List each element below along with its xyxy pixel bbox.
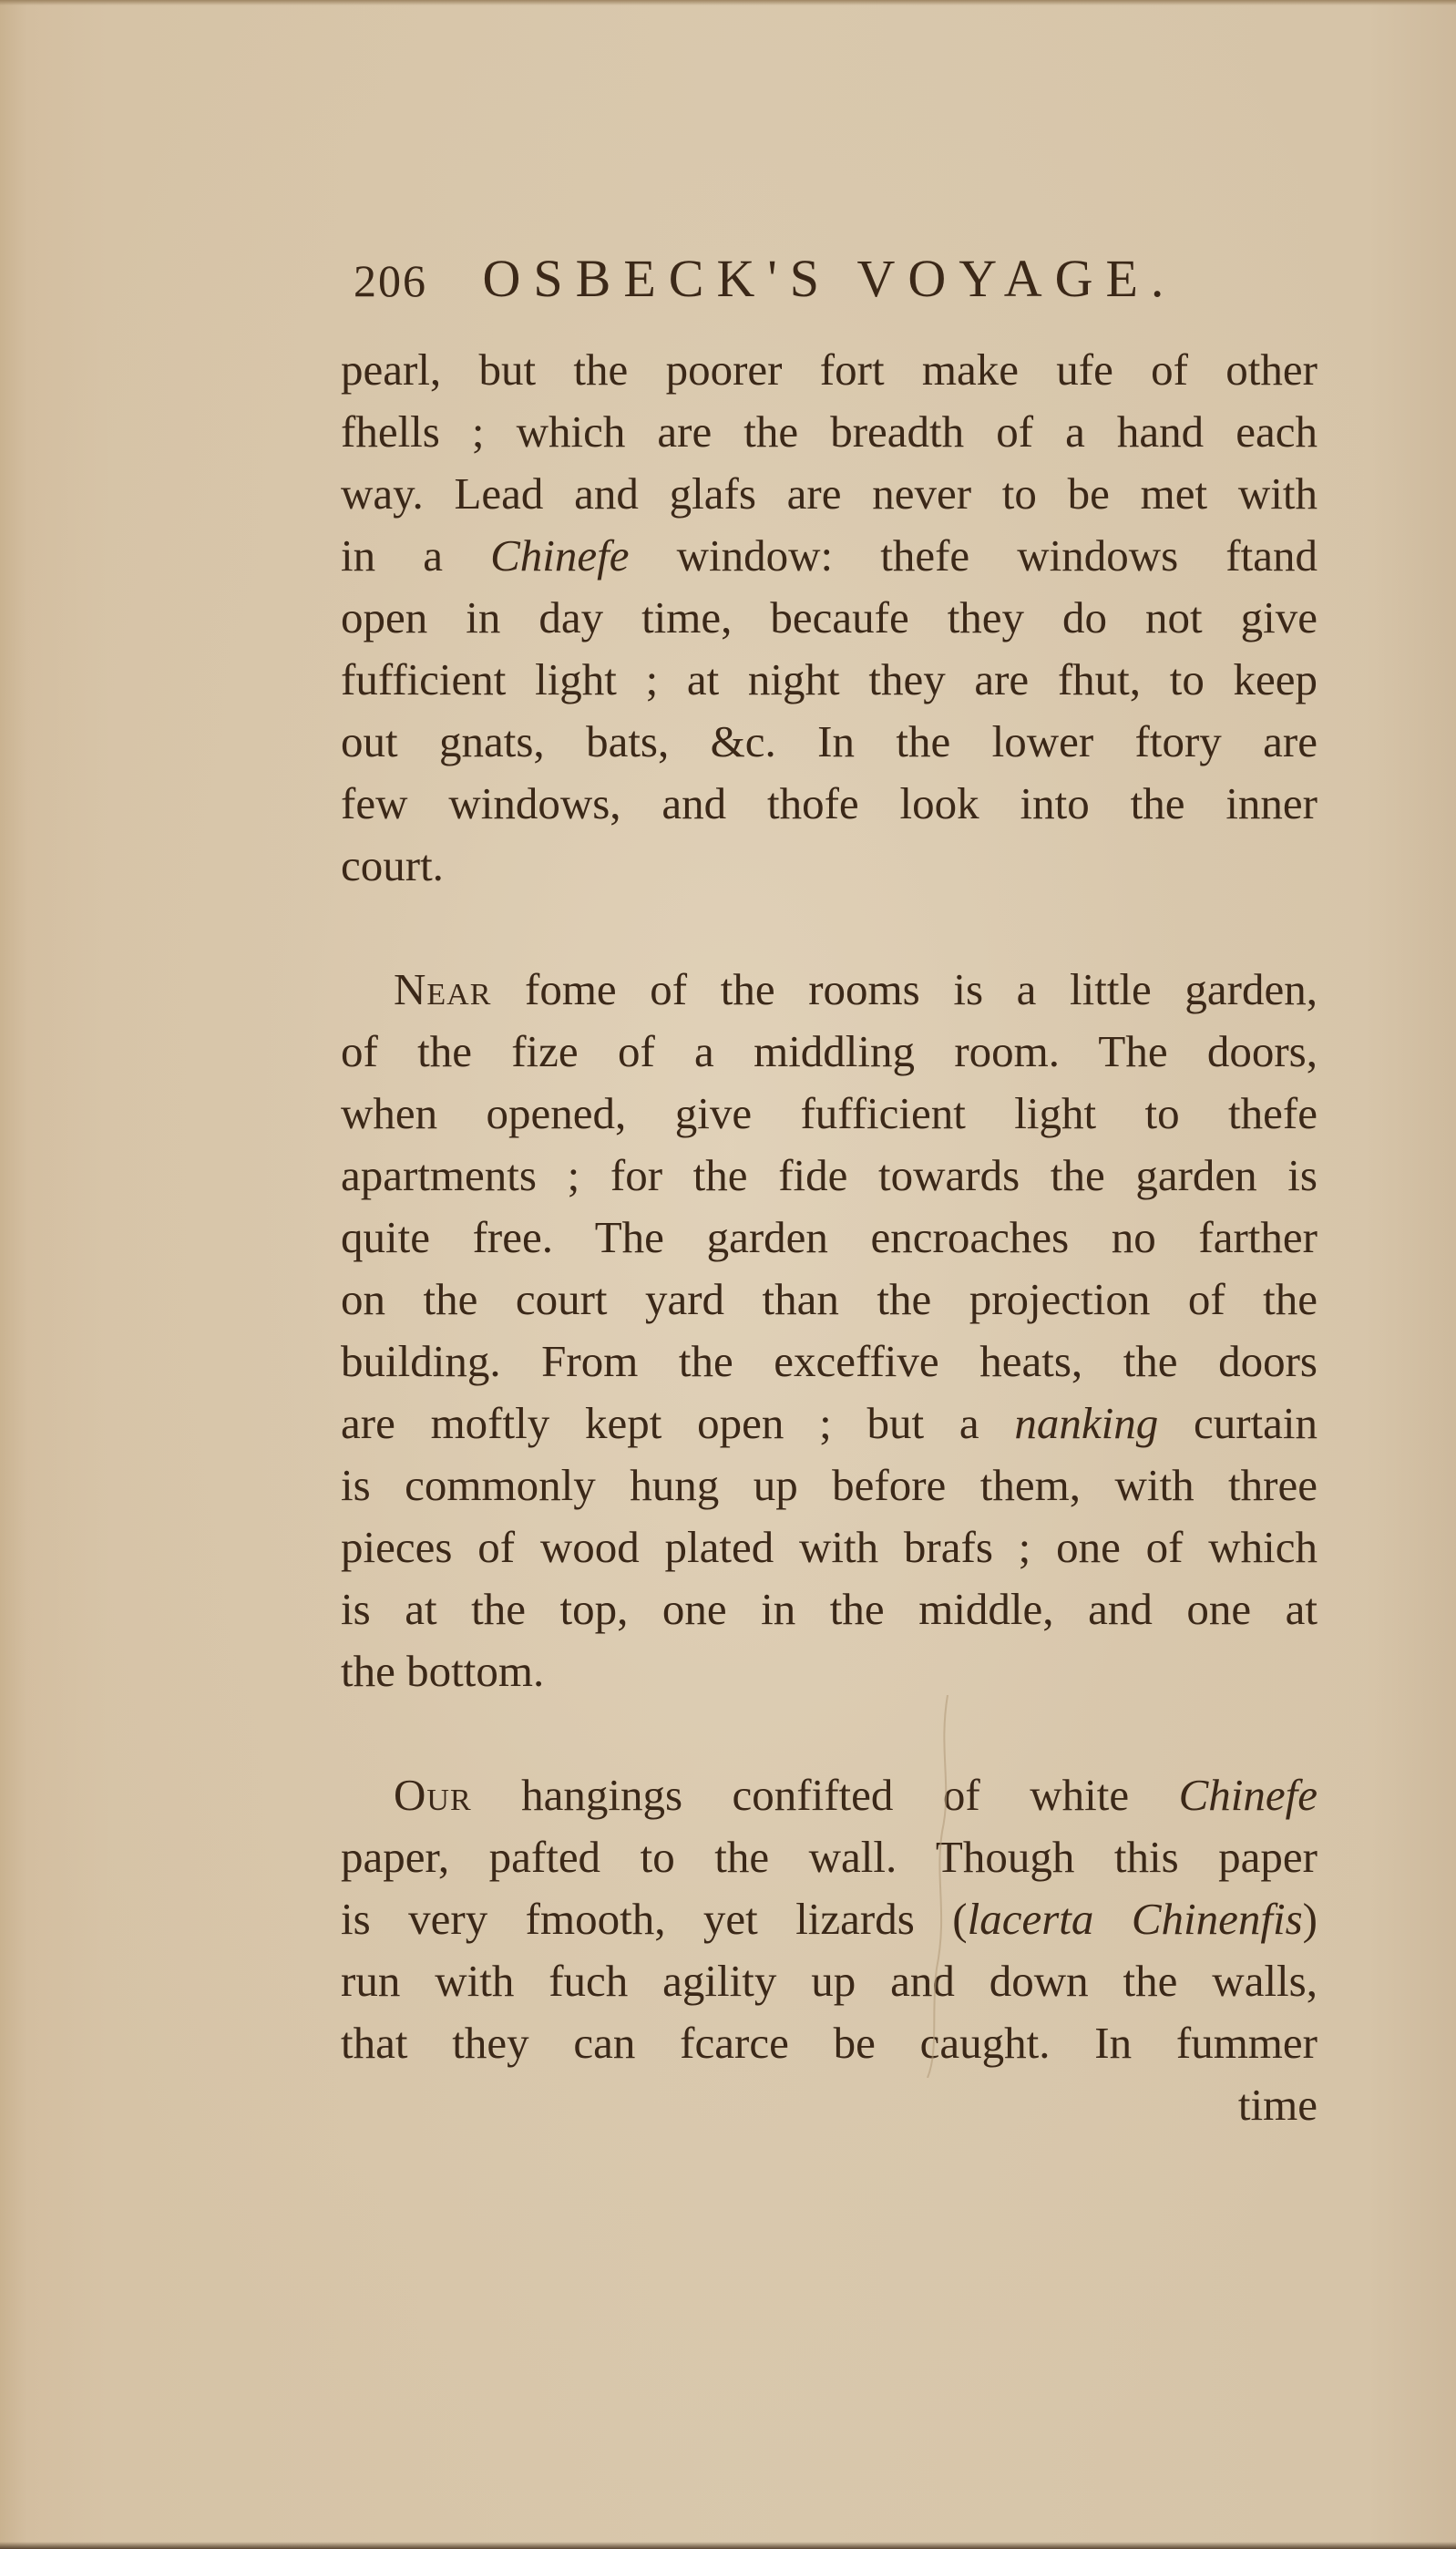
text-line: that they can fcarce be caught. In fumme… — [341, 2012, 1318, 2074]
page-bottom-edge — [0, 2542, 1456, 2549]
text-line: is very fmooth, yet lizards (lacerta Chi… — [341, 1888, 1318, 1950]
text-line: apartments ; for the fide towards the ga… — [341, 1145, 1318, 1207]
text-line: is commonly hung up before them, with th… — [341, 1454, 1318, 1516]
text-line: few windows, and thofe look into the inn… — [341, 773, 1318, 835]
italic-term: lacerta Chinenfis — [968, 1894, 1303, 1944]
running-head-title: OSBECK'S VOYAGE. — [483, 249, 1177, 308]
text-line: out gnats, bats, &c. In the lower ftory … — [341, 711, 1318, 773]
text-line: paper, pafted to the wall. Though this p… — [341, 1826, 1318, 1888]
book-page: 206 OSBECK'S VOYAGE. pearl, but the poor… — [0, 0, 1456, 2549]
text-line: are moftly kept open ; but a nanking cur… — [341, 1393, 1318, 1454]
text-line: in a Chinefe window: thefe windows ftand — [341, 525, 1318, 587]
text-line: Our hangings confifted of white Chinefe — [341, 1764, 1318, 1826]
page-number: 206 — [354, 255, 427, 306]
paragraph-hangings: Our hangings confifted of white Chinefep… — [341, 1764, 1318, 2074]
paragraph-gap — [341, 897, 1318, 959]
text-line: quite free. The garden encroaches no far… — [341, 1207, 1318, 1269]
text-line: run with fuch agility up and down the wa… — [341, 1950, 1318, 2012]
text-line: pieces of wood plated with brafs ; one o… — [341, 1516, 1318, 1578]
italic-term: Chinefe — [1179, 1770, 1318, 1820]
text-line: Near fome of the rooms is a little garde… — [341, 959, 1318, 1021]
text-line: pearl, but the poorer fort make ufe of o… — [341, 339, 1318, 401]
text-line: on the court yard than the projection of… — [341, 1269, 1318, 1331]
small-caps-opener: Our — [394, 1770, 472, 1820]
paragraph-windows: pearl, but the poorer fort make ufe of o… — [341, 339, 1318, 897]
italic-term: Chinefe — [490, 530, 629, 581]
italic-term: nanking — [1014, 1398, 1158, 1448]
page-top-edge — [0, 0, 1456, 5]
text-line: court. — [341, 835, 1318, 897]
text-line: is at the top, one in the middle, and on… — [341, 1578, 1318, 1640]
text-line: open in day time, becaufe they do not gi… — [341, 587, 1318, 649]
text-line: when opened, give fufficient light to th… — [341, 1083, 1318, 1145]
small-caps-opener: Near — [394, 964, 491, 1014]
text-line: fufficient light ; at night they are fhu… — [341, 649, 1318, 711]
text-line: way. Lead and glafs are never to be met … — [341, 463, 1318, 525]
body-text: pearl, but the poorer fort make ufe of o… — [341, 339, 1318, 2136]
text-line: of the fize of a middling room. The door… — [341, 1021, 1318, 1083]
running-head: 206 OSBECK'S VOYAGE. — [354, 248, 1319, 309]
catchword: time — [341, 2074, 1318, 2136]
text-line: the bottom. — [341, 1640, 1318, 1702]
paragraph-garden: Near fome of the rooms is a little garde… — [341, 959, 1318, 1702]
text-line: building. From the exceffive heats, the … — [341, 1331, 1318, 1393]
text-line: fhells ; which are the breadth of a hand… — [341, 401, 1318, 463]
paragraph-gap — [341, 1702, 1318, 1764]
